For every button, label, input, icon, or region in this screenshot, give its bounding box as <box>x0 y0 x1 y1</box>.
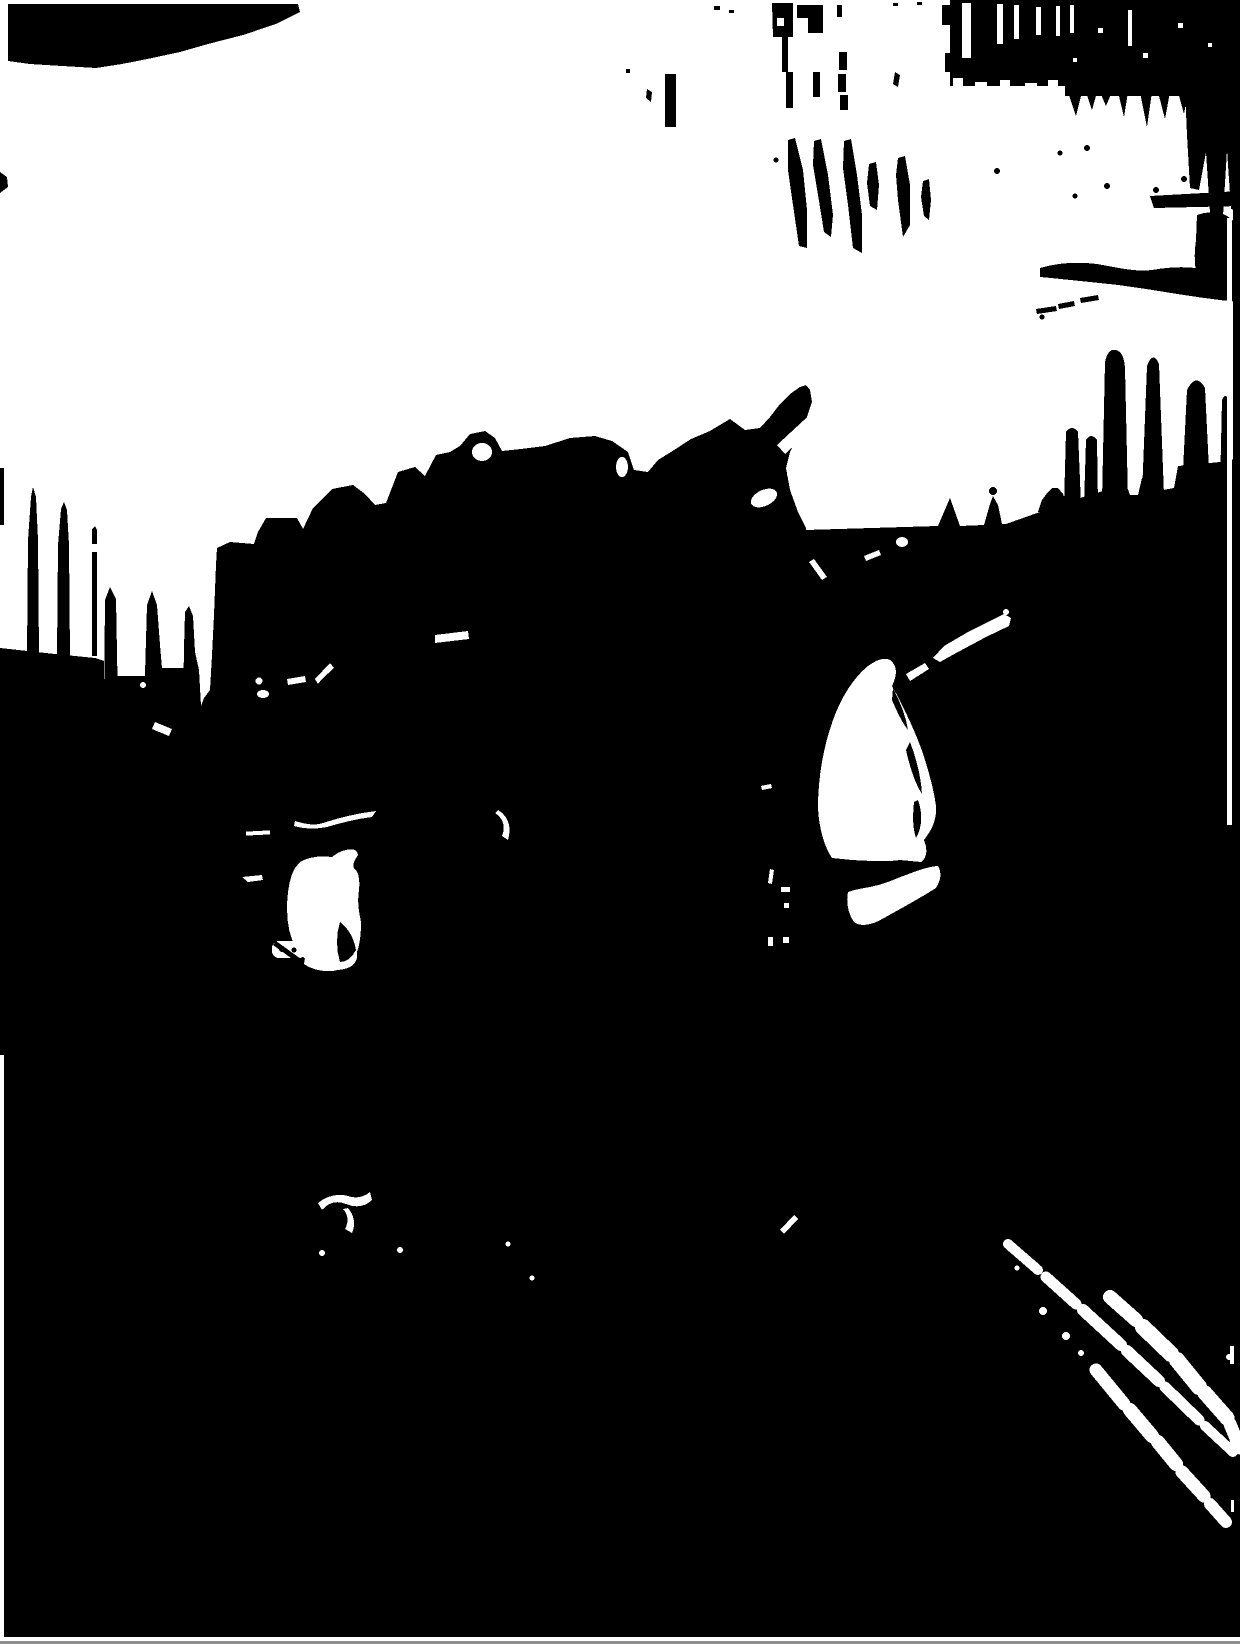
highlight-oval-263 <box>257 690 269 698</box>
branch-speck-7 <box>1211 184 1217 190</box>
road-speck-5 <box>1015 1266 1020 1271</box>
rail-oval <box>896 537 908 547</box>
facade-block-right <box>1065 0 1240 96</box>
facade-bar-1-hole <box>777 18 784 26</box>
facade-bar-2b <box>808 18 823 33</box>
facade-bar-5 <box>813 72 820 97</box>
right-edge-white-line <box>1227 218 1232 825</box>
branch-speck-6 <box>1181 176 1187 182</box>
highlight-dot-143 <box>140 682 146 688</box>
facade-bar-1-stem <box>782 37 788 72</box>
branch-speck-5 <box>1153 187 1159 193</box>
floor-dot-1 <box>319 1250 325 1256</box>
facade-vbar-left <box>665 74 676 127</box>
highlight-dot-259 <box>256 678 263 685</box>
facade-bar-4b <box>838 74 846 92</box>
facade-bar-2 <box>797 5 823 18</box>
branch-speck-4 <box>1104 183 1110 189</box>
facade-bar-3 <box>837 5 842 17</box>
facade-bar-1-seg <box>786 72 793 108</box>
photo-canvas <box>0 0 1240 1644</box>
branch-speck-2 <box>1058 151 1063 156</box>
fence-finial-ball <box>989 487 997 495</box>
road-speck-2 <box>1062 1332 1070 1340</box>
floor-dot-3 <box>506 1242 511 1247</box>
road-edge-tick-2 <box>1230 1432 1234 1446</box>
pile-oval-hole <box>616 457 628 477</box>
road-edge-tick-3 <box>1231 1500 1234 1512</box>
branch-speck-3 <box>994 168 1000 174</box>
branch-speck-9 <box>1040 315 1045 320</box>
floor-dot-4 <box>530 1276 535 1281</box>
left-margin-strip <box>0 1055 4 1637</box>
hanging-streak-speck <box>774 158 779 163</box>
road-edge-tick-1 <box>1230 1346 1234 1364</box>
facade-bar-6 <box>942 5 950 25</box>
blob-satellite-dot-2 <box>292 948 297 953</box>
foreground-lower-mass <box>0 706 1240 1637</box>
road-speck-1 <box>1039 1307 1047 1315</box>
facade-bar-4c <box>840 95 848 110</box>
branch-speck-8 <box>1073 194 1078 199</box>
bottom-white-strip <box>0 1637 1240 1641</box>
left-fence-line <box>0 468 4 525</box>
facade-bar-4a <box>839 52 847 70</box>
floor-dot-2 <box>397 1247 403 1253</box>
binarized-street-photo <box>0 0 1240 1644</box>
pile-ear-hole <box>472 443 492 461</box>
road-speck-3 <box>1078 1350 1084 1356</box>
branch-speck-1 <box>1084 145 1090 151</box>
